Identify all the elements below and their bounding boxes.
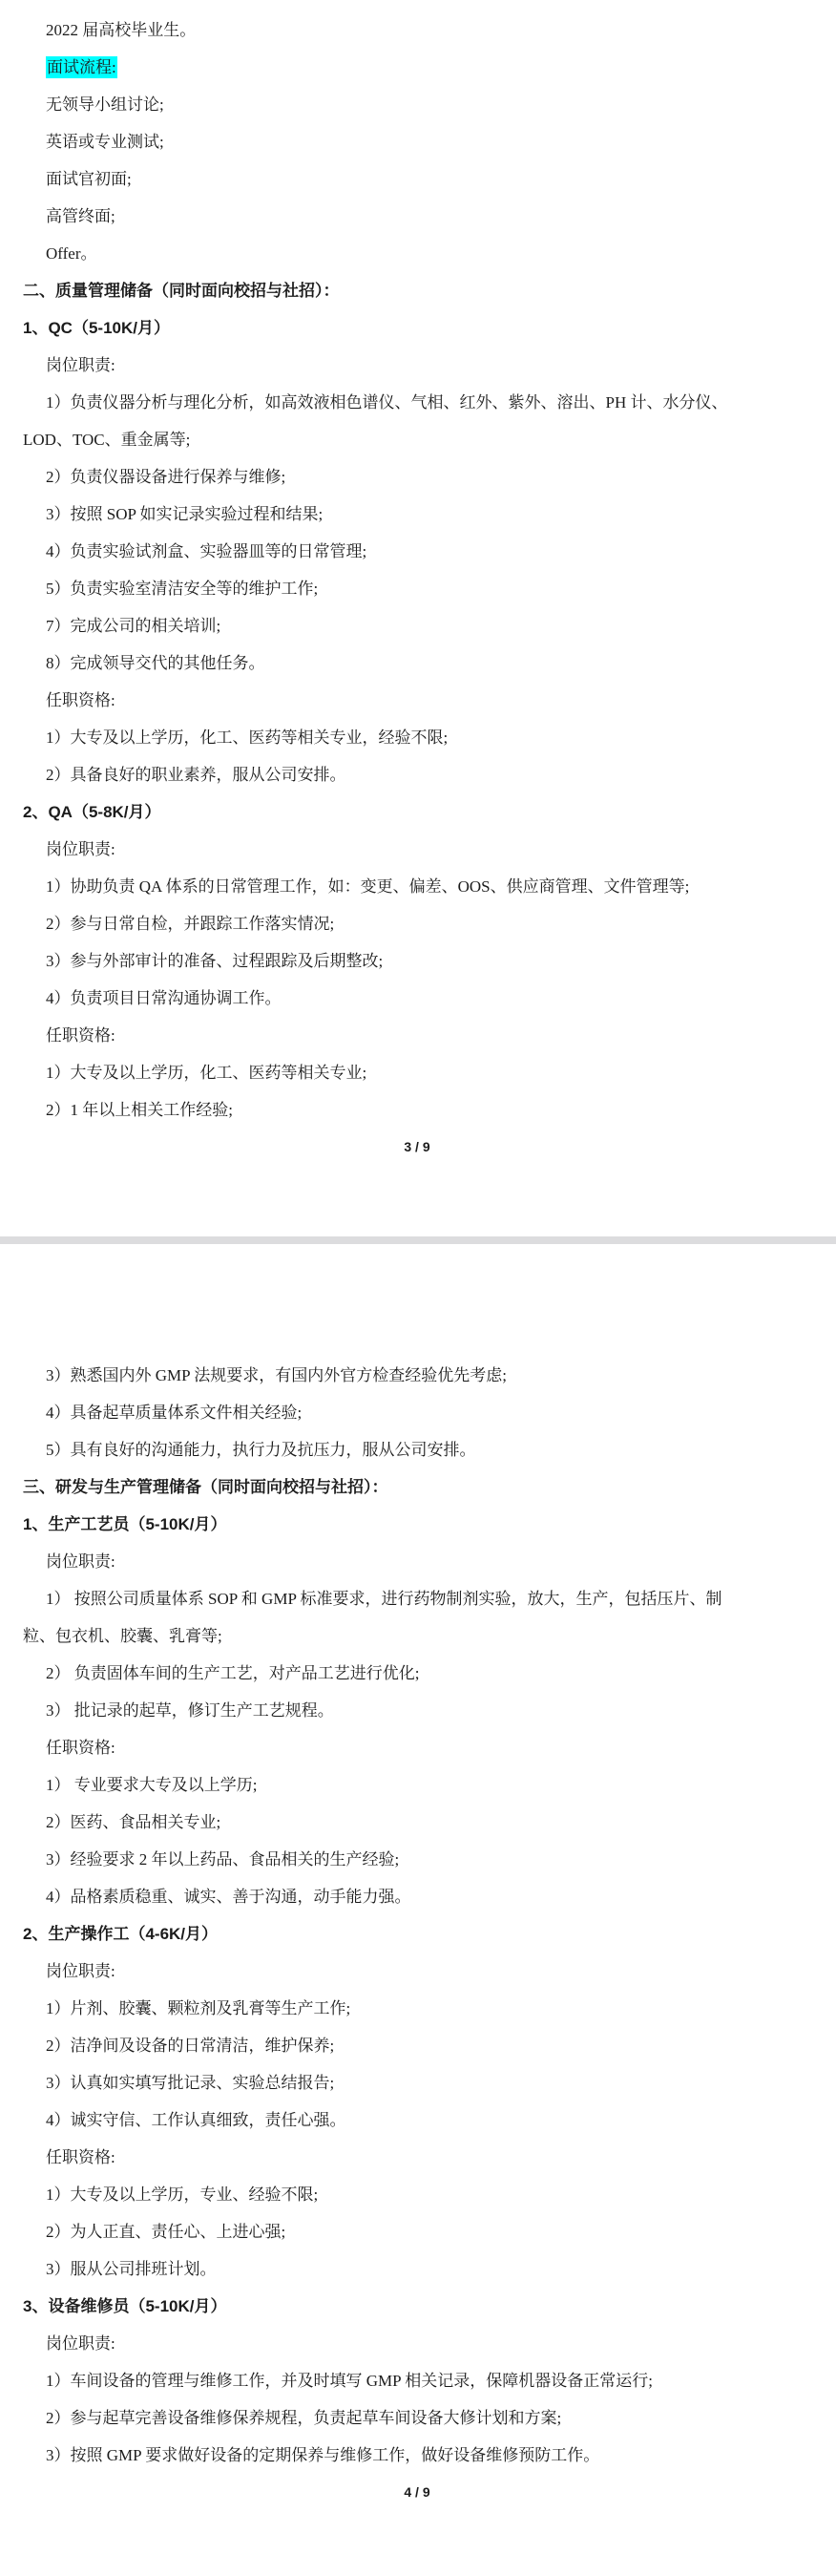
document-line: 4）具备起草质量体系文件相关经验; [23, 1394, 811, 1431]
document-line: 2022 届高校毕业生。 [23, 11, 811, 49]
document-line: 任职资格: [23, 1729, 811, 1766]
page-4-content: 3）熟悉国内外 GMP 法规要求，有国内外官方检查经验优先考虑;4）具备起草质量… [23, 1357, 811, 2474]
document-line: 2）1 年以上相关工作经验; [23, 1091, 811, 1129]
document-line: 3、设备维修员（5-10K/月） [23, 2288, 811, 2325]
page-4-number: 4 / 9 [23, 2474, 811, 2511]
document-line: 岗位职责: [23, 1543, 811, 1580]
document-line: 任职资格: [23, 682, 811, 719]
document-line: 粒、包衣机、胶囊、乳膏等; [23, 1617, 811, 1655]
document-view: 2022 届高校毕业生。面试流程:无领导小组讨论;英语或专业测试;面试官初面;高… [0, 0, 836, 2576]
document-line: 4）负责项目日常沟通协调工作。 [23, 980, 811, 1017]
document-line: 2）为人正直、责任心、上进心强; [23, 2213, 811, 2250]
document-line: 岗位职责: [23, 347, 811, 384]
document-line: 3）参与外部审计的准备、过程跟踪及后期整改; [23, 942, 811, 980]
document-line: 1）大专及以上学历，化工、医药等相关专业; [23, 1054, 811, 1091]
document-line: 5）负责实验室清洁安全等的维护工作; [23, 570, 811, 607]
document-line: 岗位职责: [23, 1953, 811, 1990]
document-line: 英语或专业测试; [23, 123, 811, 160]
document-line: 1）负责仪器分析与理化分析，如高效液相色谱仪、气相、红外、紫外、溶出、PH 计、… [23, 384, 811, 421]
document-line: 2、QA（5-8K/月） [23, 793, 811, 831]
document-line: 岗位职责: [23, 2325, 811, 2362]
document-line: 2）参与起草完善设备维修保养规程，负责起草车间设备大修计划和方案; [23, 2399, 811, 2437]
page-3-content: 2022 届高校毕业生。面试流程:无领导小组讨论;英语或专业测试;面试官初面;高… [23, 11, 811, 1129]
document-line: 1、QC（5-10K/月） [23, 309, 811, 347]
document-line: 2）医药、食品相关专业; [23, 1804, 811, 1841]
document-line: 无领导小组讨论; [23, 86, 811, 123]
document-line: 面试官初面; [23, 160, 811, 198]
document-line: 4）品格素质稳重、诚实、善于沟通，动手能力强。 [23, 1878, 811, 1915]
document-line: 1） 按照公司质量体系 SOP 和 GMP 标准要求，进行药物制剂实验，放大，生… [23, 1580, 811, 1617]
document-line: 任职资格: [23, 1017, 811, 1054]
page-separator [0, 1236, 836, 1244]
document-line: 3） 批记录的起草，修订生产工艺规程。 [23, 1692, 811, 1729]
document-line: 二、质量管理储备（同时面向校招与社招）： [23, 272, 811, 309]
document-line: 3）认真如实填写批记录、实验总结报告; [23, 2064, 811, 2101]
document-line: 1） 专业要求大专及以上学历; [23, 1766, 811, 1804]
document-line: 5）具有良好的沟通能力，执行力及抗压力，服从公司安排。 [23, 1431, 811, 1468]
document-line: 1）大专及以上学历，专业、经验不限; [23, 2176, 811, 2213]
document-line: 2）具备良好的职业素养，服从公司安排。 [23, 756, 811, 793]
document-line: 2）负责仪器设备进行保养与维修; [23, 458, 811, 496]
document-line: 岗位职责: [23, 831, 811, 868]
document-line: Offer。 [23, 235, 811, 272]
document-line: 1）协助负责 QA 体系的日常管理工作，如：变更、偏差、OOS、供应商管理、文件… [23, 868, 811, 905]
document-line: 8）完成领导交代的其他任务。 [23, 644, 811, 682]
document-line: 1）车间设备的管理与维修工作，并及时填写 GMP 相关记录，保障机器设备正常运行… [23, 2362, 811, 2399]
document-line: 高管终面; [23, 198, 811, 235]
document-line: 2） 负责固体车间的生产工艺，对产品工艺进行优化; [23, 1655, 811, 1692]
document-line: 2）洁净间及设备的日常清洁，维护保养; [23, 2027, 811, 2064]
page-3: 2022 届高校毕业生。面试流程:无领导小组讨论;英语或专业测试;面试官初面;高… [0, 0, 836, 1236]
document-line: 2、生产操作工（4-6K/月） [23, 1915, 811, 1953]
document-line: 3）服从公司排班计划。 [23, 2250, 811, 2288]
page-3-number: 3 / 9 [23, 1129, 811, 1166]
document-line: 面试流程: [23, 49, 811, 86]
page-4: 3）熟悉国内外 GMP 法规要求，有国内外官方检查经验优先考虑;4）具备起草质量… [0, 1244, 836, 2576]
document-line: 3）按照 SOP 如实记录实验过程和结果; [23, 496, 811, 533]
document-line: 4）负责实验试剂盒、实验器皿等的日常管理; [23, 533, 811, 570]
document-line: 三、研发与生产管理储备（同时面向校招与社招）： [23, 1468, 811, 1506]
document-line: 3）经验要求 2 年以上药品、食品相关的生产经验; [23, 1841, 811, 1878]
document-line: 任职资格: [23, 2139, 811, 2176]
document-line: 4）诚实守信、工作认真细致，责任心强。 [23, 2101, 811, 2139]
document-line: 1）片剂、胶囊、颗粒剂及乳膏等生产工作; [23, 1990, 811, 2027]
document-line: 7）完成公司的相关培训; [23, 607, 811, 644]
document-line: LOD、TOC、重金属等; [23, 421, 811, 458]
document-line: 1、生产工艺员（5-10K/月） [23, 1506, 811, 1543]
document-line: 3）熟悉国内外 GMP 法规要求，有国内外官方检查经验优先考虑; [23, 1357, 811, 1394]
document-line: 2）参与日常自检，并跟踪工作落实情况; [23, 905, 811, 942]
document-line: 1）大专及以上学历，化工、医药等相关专业，经验不限; [23, 719, 811, 756]
document-line: 3）按照 GMP 要求做好设备的定期保养与维修工作，做好设备维修预防工作。 [23, 2437, 811, 2474]
highlighted-text: 面试流程: [46, 56, 117, 78]
